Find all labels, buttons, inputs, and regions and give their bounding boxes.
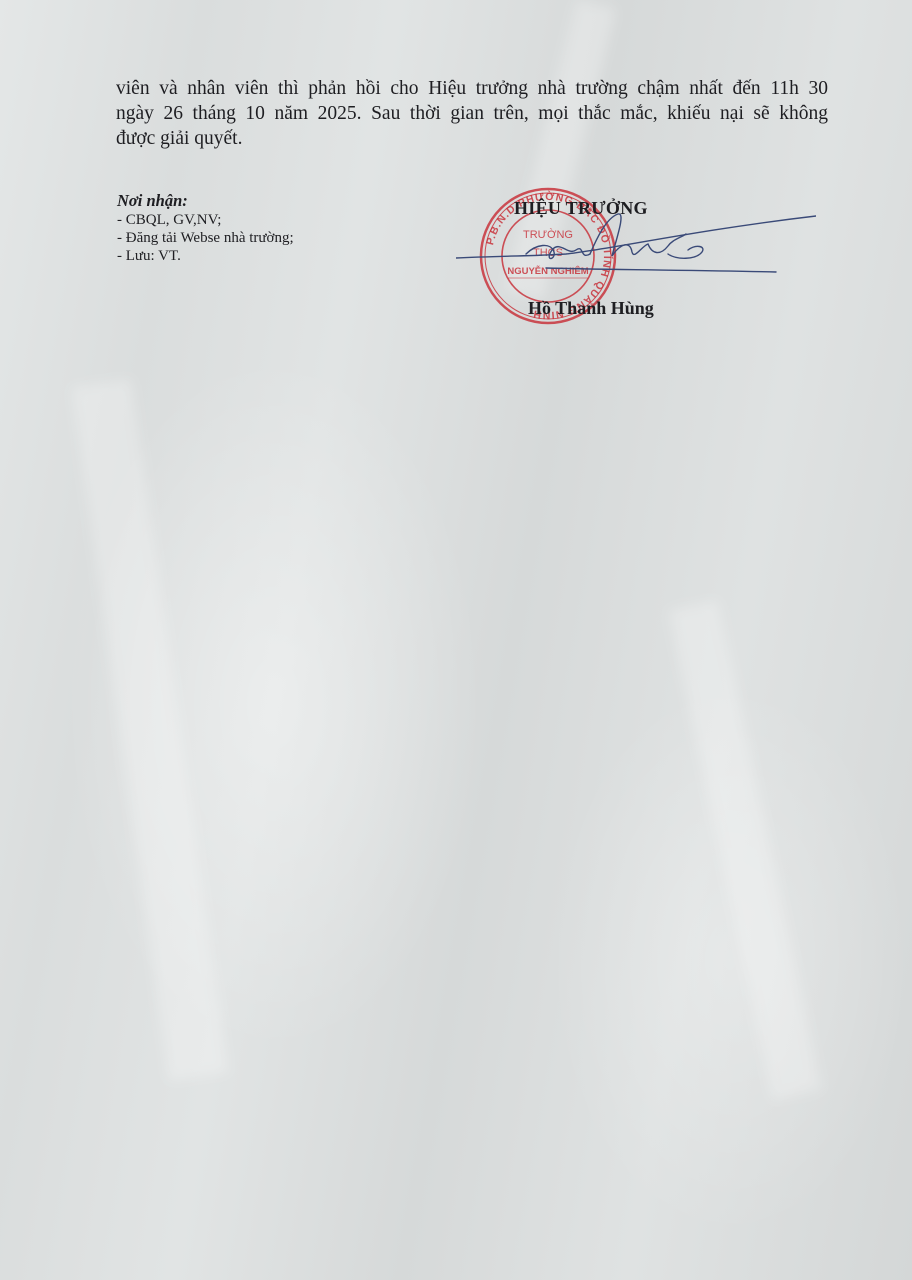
recipients-block: Nơi nhận: - CBQL, GV,NV; - Đăng tải Webs… bbox=[117, 192, 294, 265]
body-paragraph: viên và nhân viên thì phản hồi cho Hiệu … bbox=[116, 76, 828, 151]
signature-block: P.B.N.D PHƯỜNG BẮC ĐỒ TÍNH QUẢNG NINH TR… bbox=[470, 188, 830, 338]
handwritten-signature-icon bbox=[456, 210, 816, 280]
signer-name: Hồ Thanh Hùng bbox=[528, 298, 654, 319]
body-line: viên và nhân viên thì phản hồi cho Hiệu … bbox=[116, 76, 828, 101]
paper-crease bbox=[72, 379, 229, 1081]
recipients-title: Nơi nhận: bbox=[117, 192, 294, 210]
recipient-item: - Lưu: VT. bbox=[117, 247, 294, 265]
body-line: được giải quyết. bbox=[116, 126, 828, 151]
recipient-item: - Đăng tải Webse nhà trường; bbox=[117, 229, 294, 247]
recipient-item: - CBQL, GV,NV; bbox=[117, 211, 294, 229]
body-line: ngày 26 tháng 10 năm 2025. Sau thời gian… bbox=[116, 101, 828, 126]
paper-crease bbox=[669, 600, 822, 1099]
